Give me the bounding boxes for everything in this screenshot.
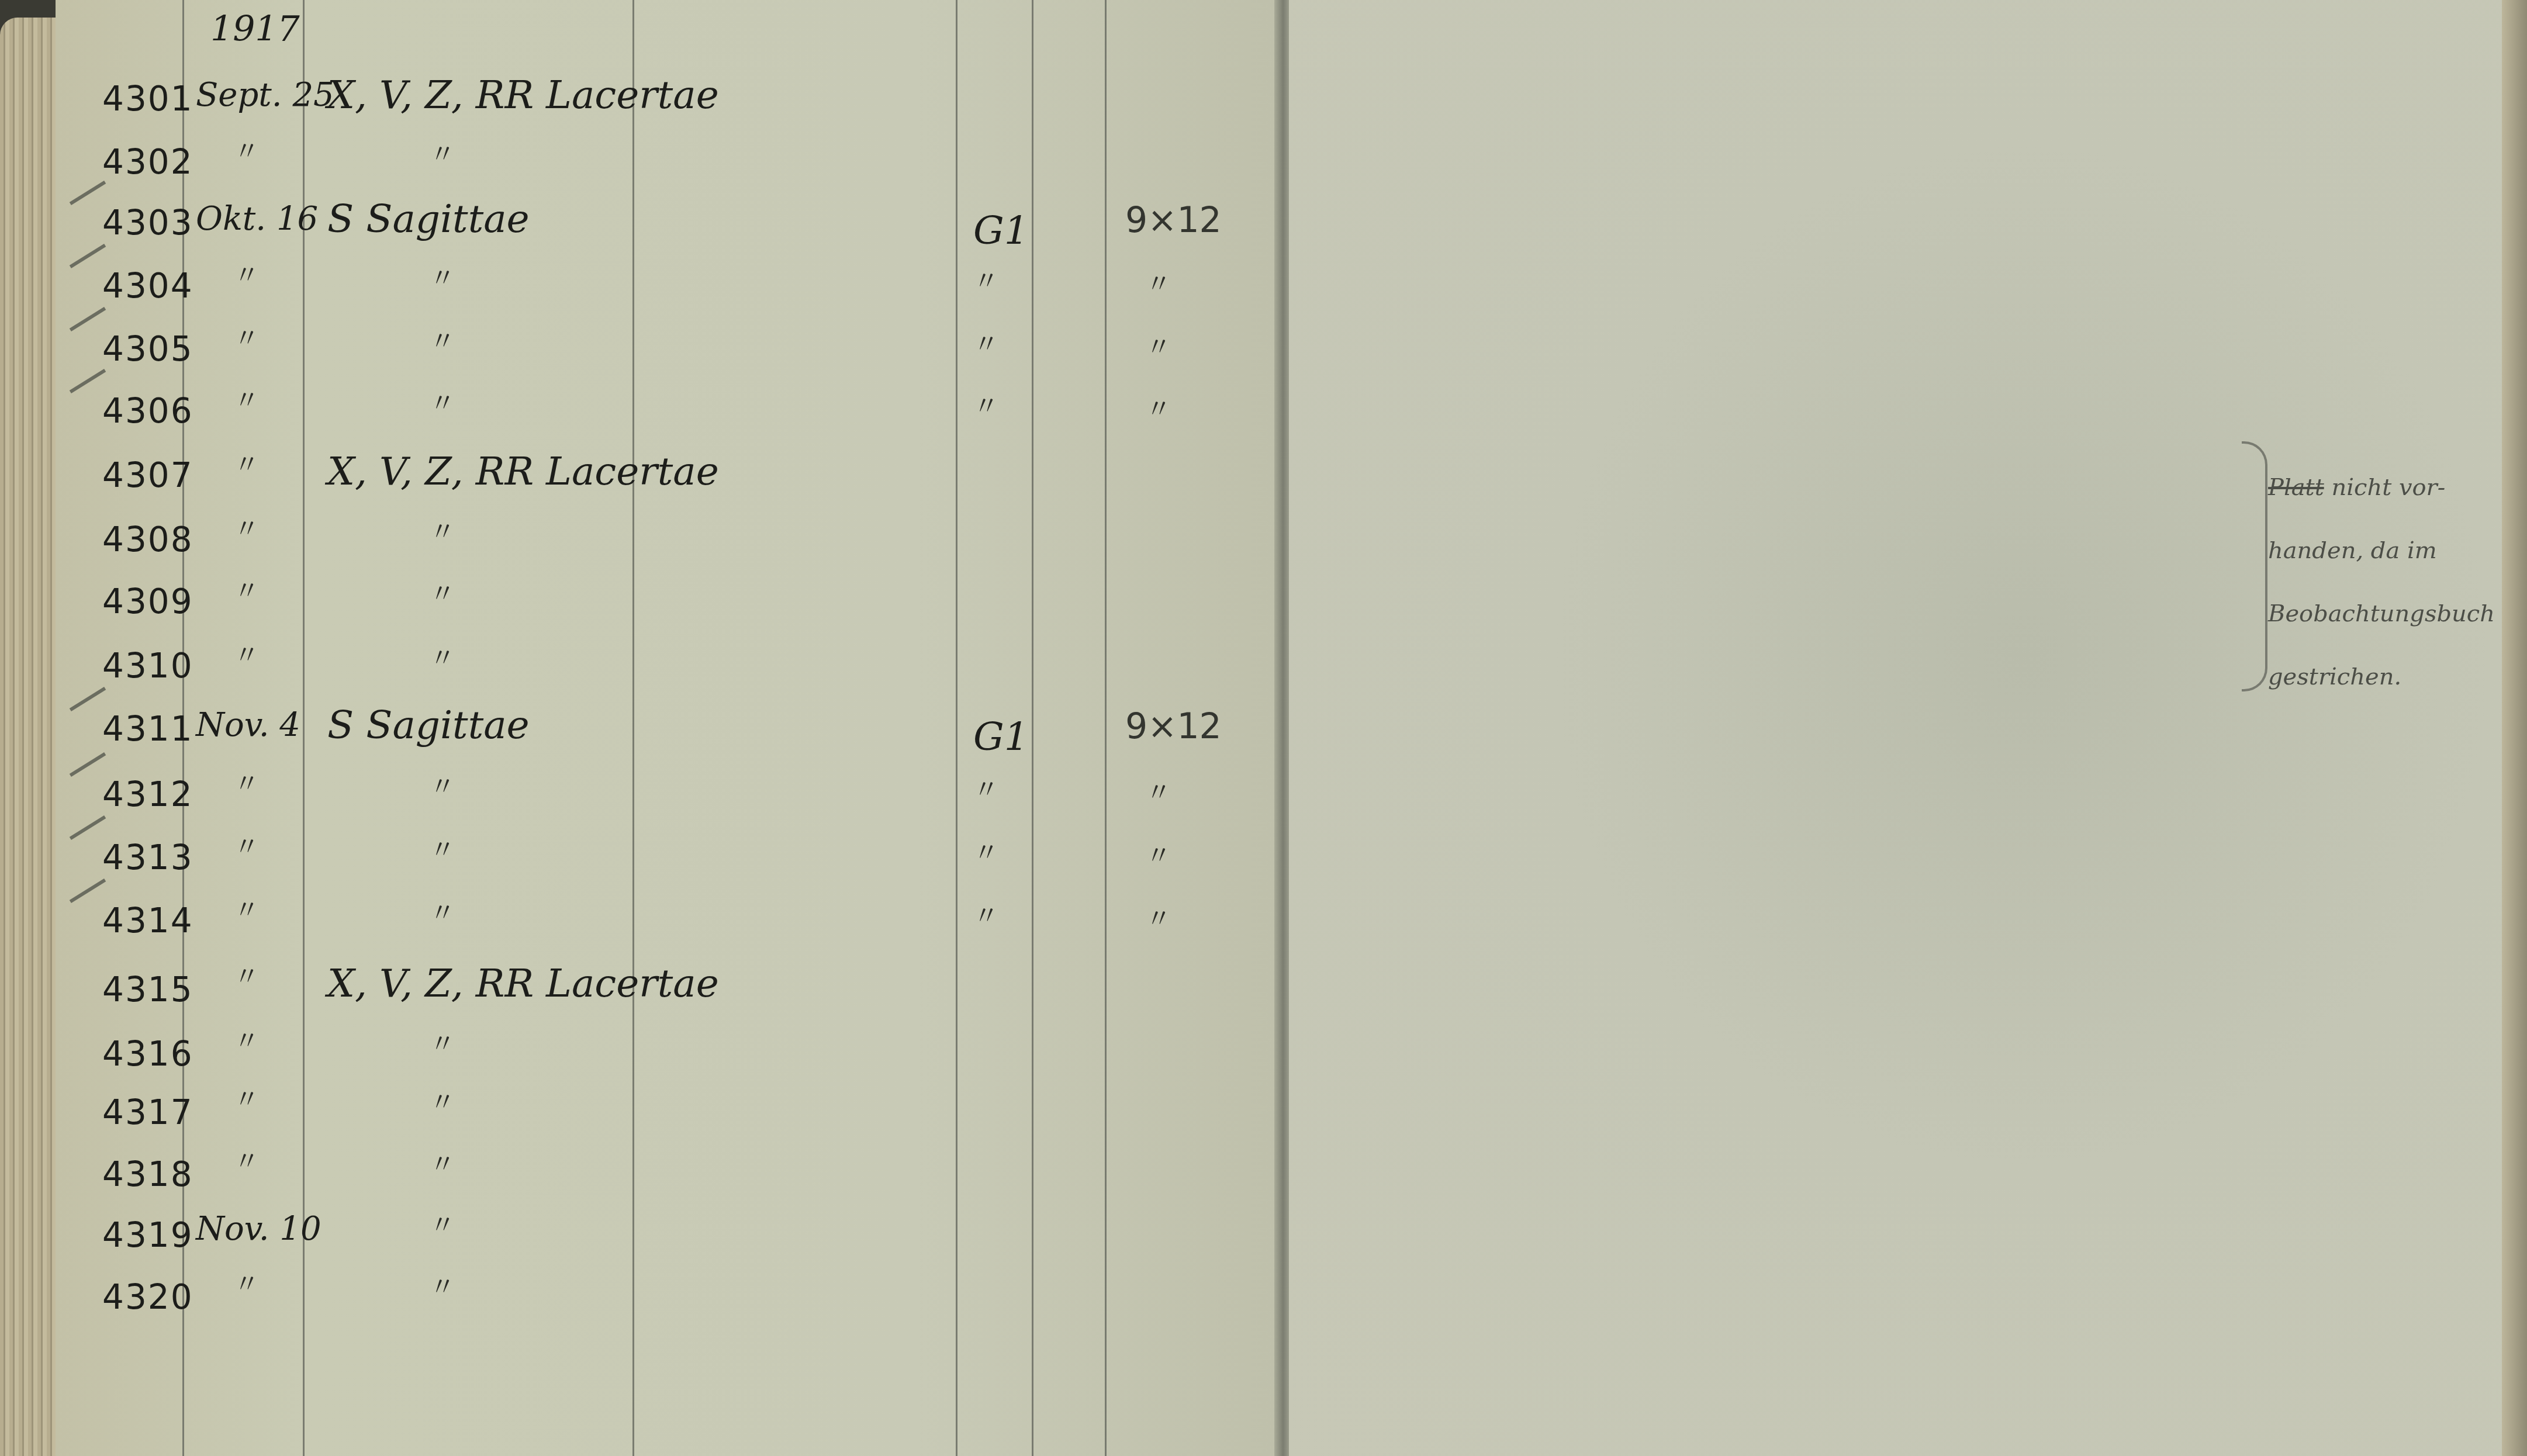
entry-number: 4312 [102, 777, 193, 811]
column-rule [956, 0, 957, 1456]
entry-plate-size: 〃 [1146, 335, 1171, 361]
entry-object: 〃 [430, 391, 455, 417]
entry-number: 4319 [102, 1218, 193, 1252]
entry-number: 4316 [102, 1037, 193, 1071]
column-rule [632, 0, 634, 1456]
entry-date: Nov. 10 [196, 1213, 322, 1246]
entry-object: 〃 [430, 266, 455, 292]
entry-plate: G1 [973, 718, 1029, 756]
right-page [1289, 0, 2511, 1456]
entry-plate: 〃 [973, 332, 999, 358]
entry-object: 〃 [430, 1275, 455, 1301]
entry-plate-size: 〃 [1146, 843, 1171, 869]
entry-date: 〃 [234, 139, 260, 165]
entry-number: 4307 [102, 458, 193, 492]
entry-date: 〃 [234, 964, 260, 990]
entry-date: Nov. 4 [196, 709, 300, 742]
entry-number: 4310 [102, 649, 193, 683]
entry-plate: 〃 [973, 394, 999, 420]
entry-object: 〃 [430, 329, 455, 355]
entry-number: 4320 [102, 1280, 193, 1314]
entry-number: 4314 [102, 904, 193, 938]
entry-plate: 〃 [973, 904, 999, 929]
margin-note-line: gestrichen. [2268, 645, 2490, 708]
entry-plate-size: 〃 [1146, 780, 1171, 806]
year-heading: 1917 [210, 12, 300, 47]
entry-object: 〃 [430, 582, 455, 607]
entry-number: 4301 [102, 82, 193, 116]
entry-number: 4318 [102, 1157, 193, 1191]
entry-object: 〃 [430, 901, 455, 926]
margin-note-line: nicht vor- [2331, 474, 2445, 501]
entry-number: 4308 [102, 523, 193, 556]
right-page-edge [2502, 0, 2527, 1456]
column-rule [1105, 0, 1107, 1456]
entry-number: 4304 [102, 269, 193, 303]
entry-plate-size: 9×12 [1125, 203, 1222, 238]
entry-date: 〃 [234, 1272, 260, 1298]
entry-object: X, V, Z, RR Lacertae [327, 964, 719, 1003]
entry-plate: G1 [973, 212, 1029, 250]
entry-plate: 〃 [973, 269, 999, 295]
entry-plate: 〃 [973, 777, 999, 803]
entry-number: 4315 [102, 973, 193, 1007]
entry-date: 〃 [234, 1149, 260, 1175]
entry-date: 〃 [234, 772, 260, 797]
entry-date: 〃 [234, 1029, 260, 1054]
entry-date: 〃 [234, 898, 260, 924]
margin-brace [2242, 441, 2267, 691]
entry-object: X, V, Z, RR Lacertae [327, 76, 719, 115]
entry-date: 〃 [234, 388, 260, 414]
entry-object: 〃 [430, 838, 455, 863]
entry-plate-size: 〃 [1146, 397, 1171, 423]
entry-object: 〃 [430, 1152, 455, 1178]
page-edge-stack [0, 18, 58, 1456]
entry-date: 〃 [234, 326, 260, 352]
entry-date: 〃 [234, 835, 260, 860]
entry-object: 〃 [430, 774, 455, 800]
entry-object: 〃 [430, 1213, 455, 1239]
entry-number: 4309 [102, 585, 193, 618]
entry-number: 4305 [102, 332, 193, 366]
entry-date: 〃 [234, 263, 260, 289]
entry-date: 〃 [234, 579, 260, 604]
entry-object: 〃 [430, 142, 455, 168]
entry-object: 〃 [430, 520, 455, 545]
entry-number: 4317 [102, 1095, 193, 1129]
entry-plate-size: 〃 [1146, 907, 1171, 932]
ledger-spread: 1917 4301Sept. 25X, V, Z, RR Lacertae430… [0, 0, 2527, 1456]
entry-date: 〃 [234, 1087, 260, 1113]
entry-object: 〃 [430, 1090, 455, 1116]
entry-plate: 〃 [973, 841, 999, 866]
entry-object: 〃 [430, 646, 455, 672]
entry-plate-size: 9×12 [1125, 709, 1222, 744]
entry-number: 4311 [102, 712, 193, 746]
entry-number: 4313 [102, 841, 193, 874]
entry-date: 〃 [234, 643, 260, 669]
margin-note-line: Beobachtungsbuch [2268, 582, 2490, 645]
margin-note-line: handen, da im [2268, 519, 2490, 582]
entry-object: S Sagittae [327, 200, 530, 238]
entry-object: X, V, Z, RR Lacertae [327, 452, 719, 491]
margin-note-struck-word: Platt [2268, 474, 2324, 501]
entry-number: 4303 [102, 206, 193, 240]
entry-number: 4306 [102, 394, 193, 428]
entry-plate-size: 〃 [1146, 272, 1171, 298]
margin-note: Platt nicht vor- handen, da im Beobachtu… [2268, 456, 2490, 708]
entry-date: Okt. 16 [196, 203, 318, 236]
column-rule [1032, 0, 1033, 1456]
entry-date: 〃 [234, 452, 260, 478]
entry-date: 〃 [234, 517, 260, 542]
entry-number: 4302 [102, 145, 193, 179]
entry-object: S Sagittae [327, 706, 530, 745]
entry-date: Sept. 25 [196, 79, 334, 112]
entry-object: 〃 [430, 1032, 455, 1057]
